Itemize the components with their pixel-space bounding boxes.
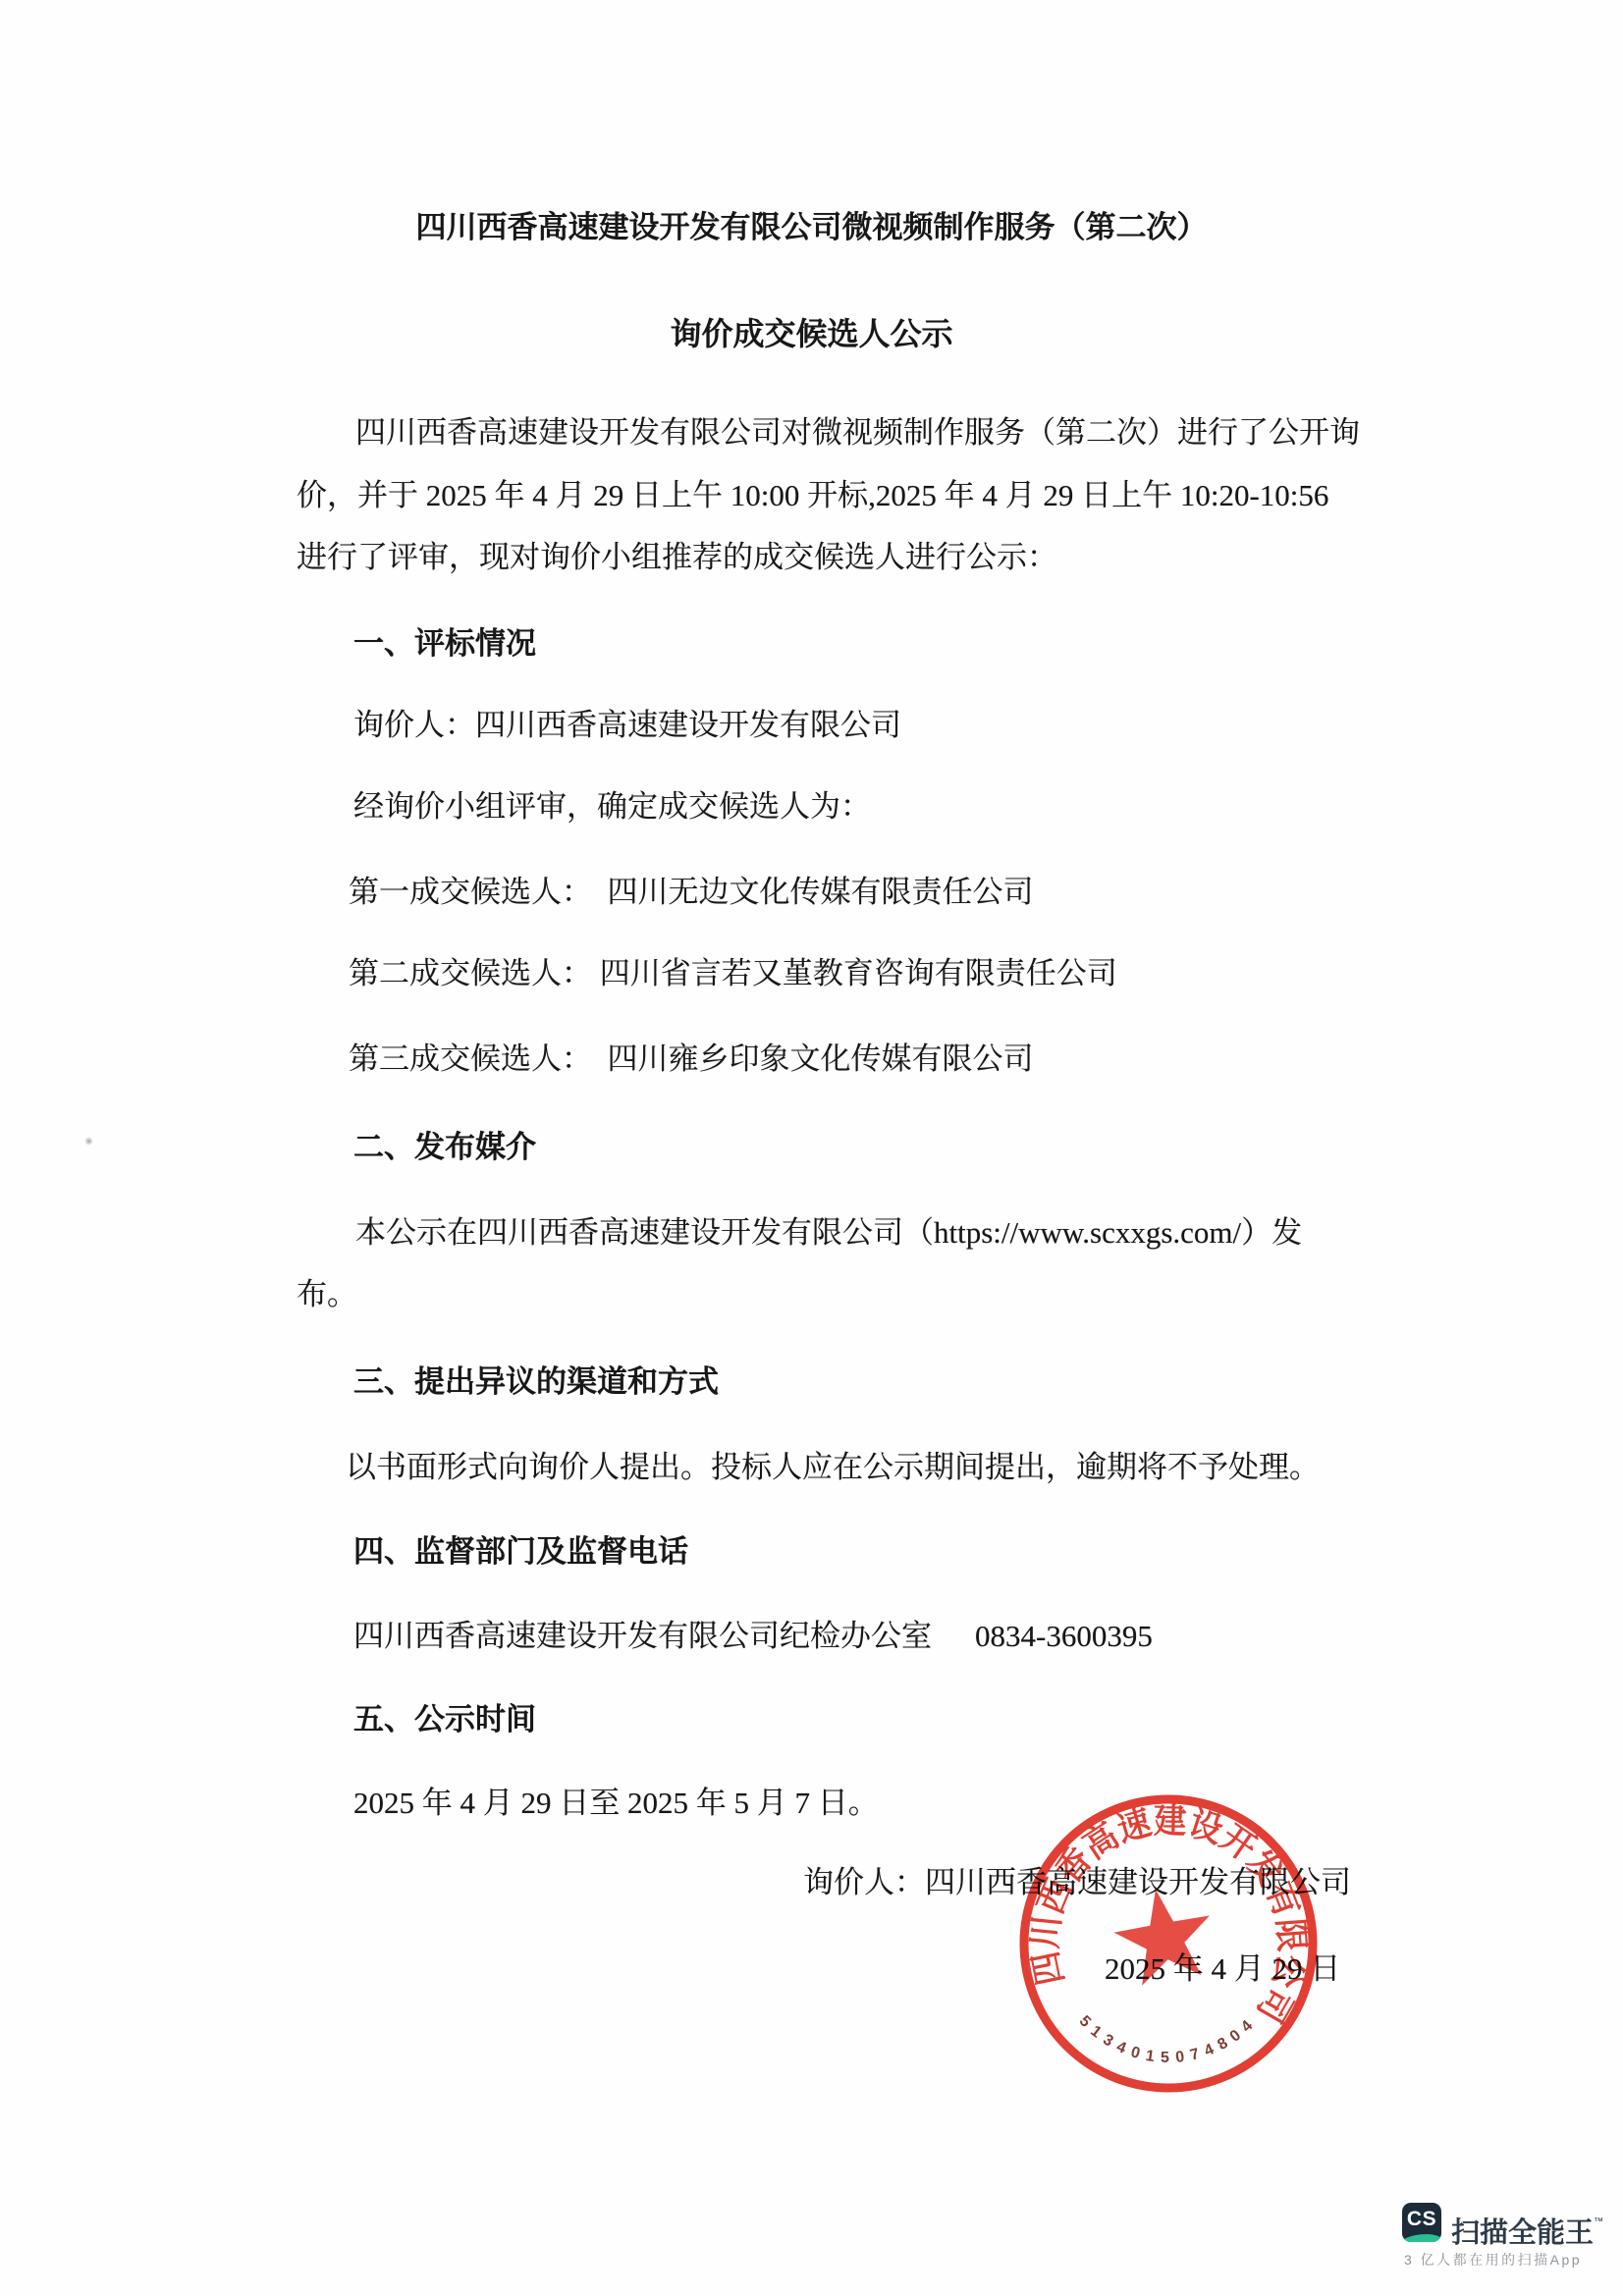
section5-heading: 五、公示时间 bbox=[353, 1700, 536, 1739]
doc-subtitle: 询价成交候选人公示 bbox=[0, 314, 1623, 353]
scan-artifact-speck bbox=[84, 1137, 93, 1146]
intro-line-1: 四川西香高速建设开发有限公司对微视频制作服务（第二次）进行了公开询 bbox=[355, 413, 1360, 453]
candidate-1-line: 第一成交候选人： 四川无边文化传媒有限责任公司 bbox=[349, 873, 1034, 912]
objection-line: 以书面形式向询价人提出。投标人应在公示期间提出，逾期将不予处理。 bbox=[346, 1448, 1320, 1487]
candidate-2-line: 第二成交候选人： 四川省言若又堇教育咨询有限责任公司 bbox=[349, 954, 1117, 993]
media-line-2: 布。 bbox=[297, 1275, 357, 1314]
camscanner-logo-icon: CS bbox=[1402, 2203, 1441, 2242]
supervision-phone: 0834-3600395 bbox=[975, 1619, 1153, 1653]
intro-line-2: 价，并于 2025 年 4 月 29 日上午 10:00 开标,2025 年 4… bbox=[297, 476, 1328, 515]
supervision-line: 四川西香高速建设开发有限公司纪检办公室0834-3600395 bbox=[353, 1617, 1153, 1656]
seal-code: 5134015074804 bbox=[1076, 2012, 1262, 2066]
media-line-1: 本公示在四川西香高速建设开发有限公司（https://www.scxxgs.co… bbox=[355, 1213, 1302, 1253]
seal-star-icon bbox=[1108, 1881, 1219, 1989]
company-seal: 四川西香高速建设开发有限公司 5134015074804 bbox=[1001, 1777, 1335, 2110]
section4-heading: 四、监督部门及监督电话 bbox=[353, 1532, 688, 1572]
candidate-3-line: 第三成交候选人： 四川雍乡印象文化传媒有限公司 bbox=[349, 1040, 1034, 1079]
camscanner-brand-name: 扫描全能王 bbox=[1451, 2217, 1594, 2249]
camscanner-icon-letters: CS bbox=[1402, 2204, 1441, 2235]
publicity-period-line: 2025 年 4 月 29 日至 2025 年 5 月 7 日。 bbox=[353, 1784, 879, 1823]
scanned-document-page: 四川西香高速建设开发有限公司微视频制作服务（第二次） 询价成交候选人公示 四川西… bbox=[0, 0, 1623, 2296]
camscanner-tagline: 3 亿人都在用的扫描App bbox=[1404, 2250, 1582, 2269]
review-line: 经询价小组评审，确定成交候选人为： bbox=[353, 787, 871, 827]
section2-heading: 二、发布媒介 bbox=[353, 1128, 536, 1167]
svg-text:5134015074804: 5134015074804 bbox=[1076, 2012, 1262, 2066]
section1-heading: 一、评标情况 bbox=[353, 624, 536, 664]
trademark-symbol: ™ bbox=[1594, 2216, 1603, 2227]
intro-line-3: 进行了评审，现对询价小组推荐的成交候选人进行公示： bbox=[297, 538, 1057, 577]
camscanner-brand-text: 扫描全能王™ bbox=[1451, 2205, 1603, 2251]
doc-title: 四川西香高速建设开发有限公司微视频制作服务（第二次） bbox=[0, 208, 1623, 247]
camscanner-watermark: CS 扫描全能王™ 3 亿人都在用的扫描App bbox=[1402, 2201, 1608, 2279]
camscanner-icon-accent bbox=[1402, 2234, 1441, 2242]
inquirer-line: 询价人：四川西香高速建设开发有限公司 bbox=[353, 706, 901, 745]
supervision-office: 四川西香高速建设开发有限公司纪检办公室 bbox=[353, 1619, 932, 1653]
section3-heading: 三、提出异议的渠道和方式 bbox=[353, 1362, 719, 1402]
